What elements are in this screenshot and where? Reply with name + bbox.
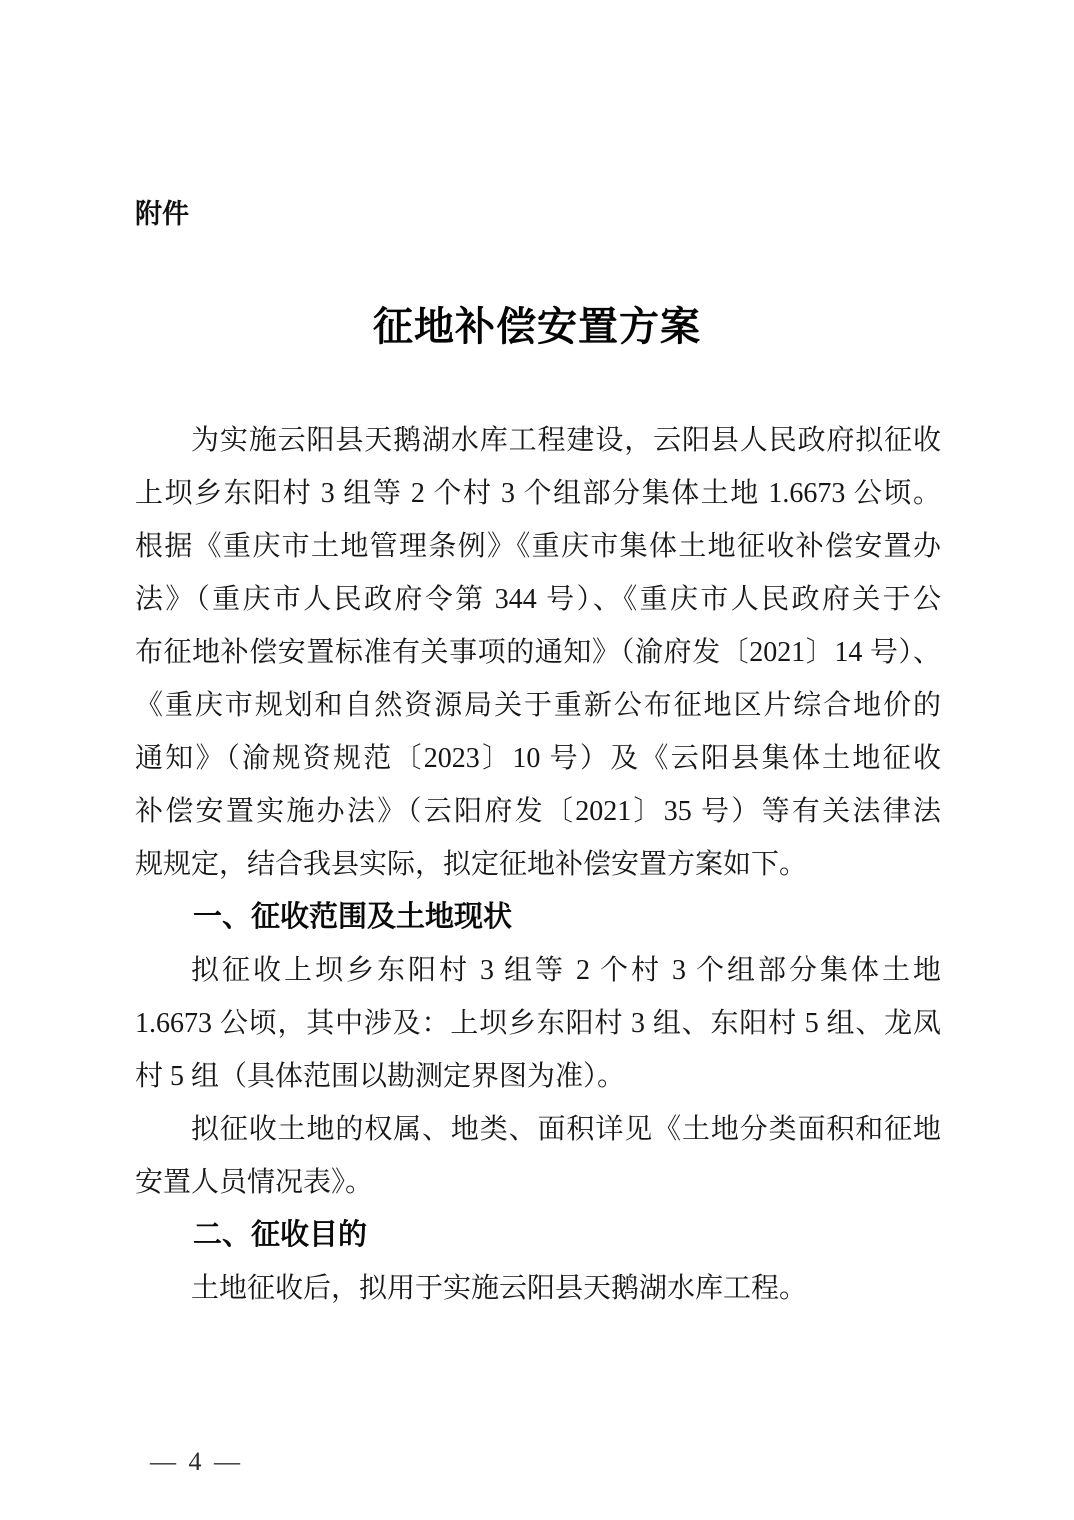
page-number: — 4 — <box>150 1442 243 1482</box>
attachment-label: 附件 <box>135 194 189 234</box>
section-heading-2: 二、征收目的 <box>135 1209 941 1262</box>
paragraph-line: 规规定，结合我县实际，拟定征地补偿安置方案如下。 <box>135 838 941 891</box>
paragraph-line: 布征地补偿安置标准有关事项的通知》（渝府发〔2021〕14 号）、 <box>135 626 941 679</box>
paragraph-line: 为实施云阳县天鹅湖水库工程建设，云阳县人民政府拟征收 <box>135 414 941 467</box>
paragraph-line: 1.6673 公顷，其中涉及：上坝乡东阳村 3 组、东阳村 5 组、龙凤 <box>135 997 941 1050</box>
paragraph-line: 法》（重庆市人民政府令第 344 号）、《重庆市人民政府关于公 <box>135 573 941 626</box>
document-title: 征地补偿安置方案 <box>0 301 1074 353</box>
paragraph-line: 根据《重庆市土地管理条例》《重庆市集体土地征收补偿安置办 <box>135 520 941 573</box>
paragraph-line: 拟征收上坝乡东阳村 3 组等 2 个村 3 个组部分集体土地 <box>135 944 941 997</box>
paragraph-line: 《重庆市规划和自然资源局关于重新公布征地区片综合地价的 <box>135 679 941 732</box>
paragraph-line: 村 5 组（具体范围以勘测定界图为准）。 <box>135 1050 941 1103</box>
paragraph-line: 拟征收土地的权属、地类、面积详见《土地分类面积和征地 <box>135 1103 941 1156</box>
paragraph-line: 土地征收后，拟用于实施云阳县天鹅湖水库工程。 <box>135 1262 941 1315</box>
section-heading-1: 一、征收范围及土地现状 <box>135 891 941 944</box>
document-body: 为实施云阳县天鹅湖水库工程建设，云阳县人民政府拟征收 上坝乡东阳村 3 组等 2… <box>135 414 941 1315</box>
paragraph-line: 上坝乡东阳村 3 组等 2 个村 3 个组部分集体土地 1.6673 公顷。 <box>135 467 941 520</box>
paragraph-line: 补偿安置实施办法》（云阳府发〔2021〕35 号）等有关法律法 <box>135 785 941 838</box>
paragraph-line: 通知》（渝规资规范〔2023〕10 号）及《云阳县集体土地征收 <box>135 732 941 785</box>
document-page: 附件 征地补偿安置方案 为实施云阳县天鹅湖水库工程建设，云阳县人民政府拟征收 上… <box>0 0 1074 1520</box>
paragraph-line: 安置人员情况表》。 <box>135 1156 941 1209</box>
